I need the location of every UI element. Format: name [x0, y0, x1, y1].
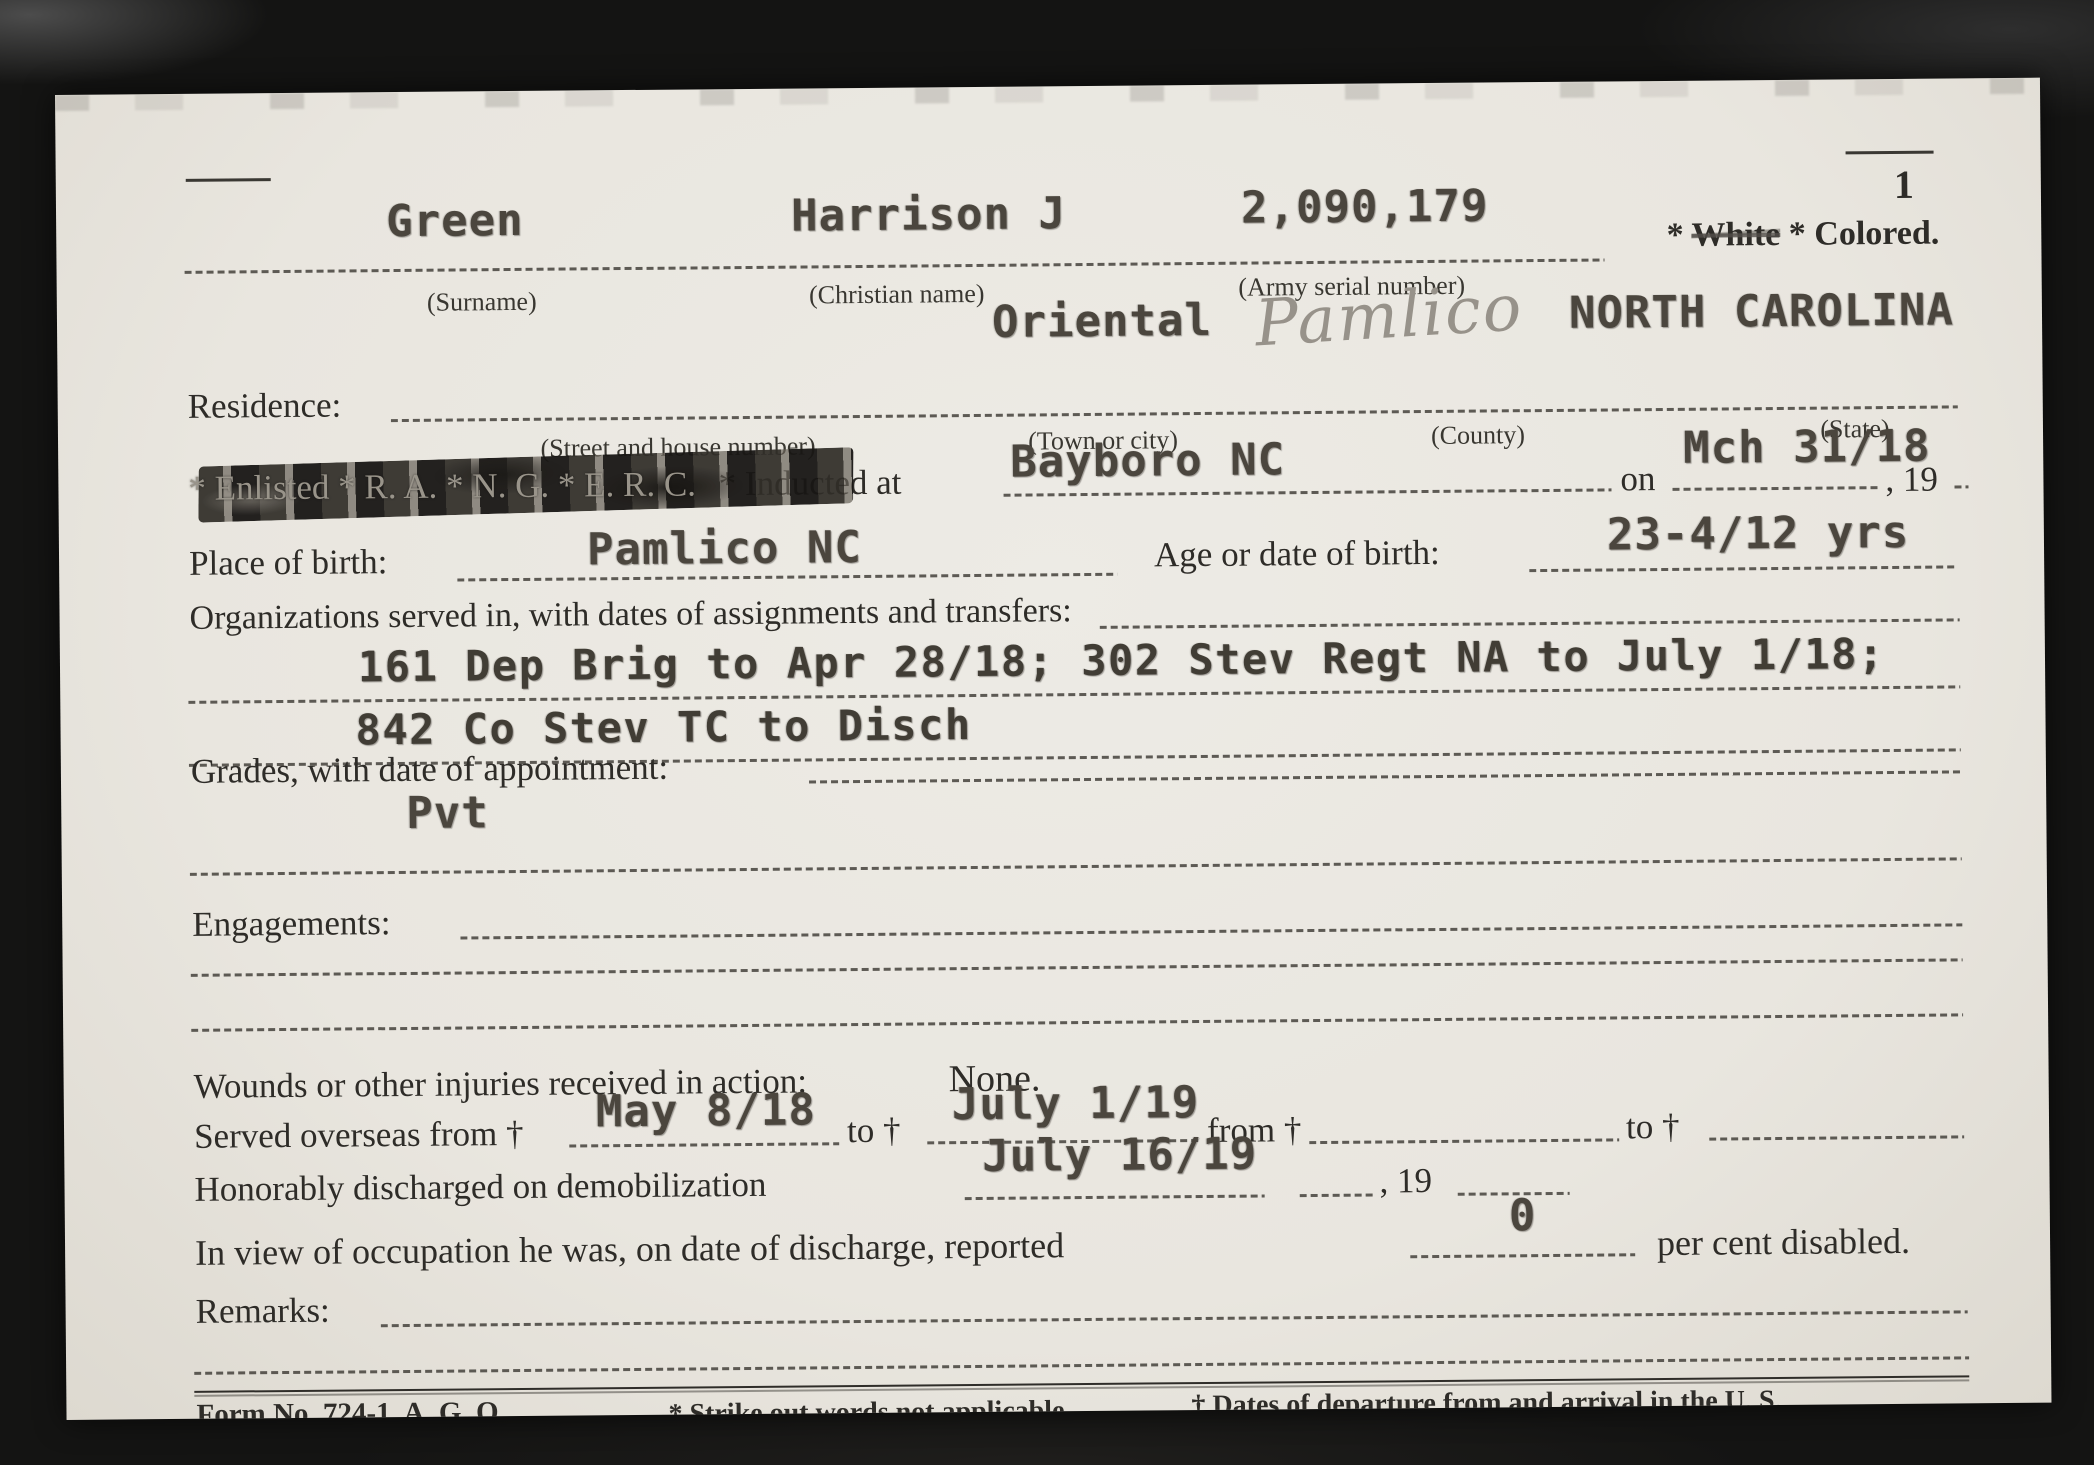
- surname-value: Green: [386, 195, 524, 247]
- dotted-line-induction-date: [1672, 486, 1880, 492]
- dotted-line-age: [1529, 565, 1957, 573]
- grades-label: Grades, with date of appointment:: [191, 748, 669, 792]
- dagger-note: † Dates of departure from and arrival in…: [1191, 1385, 1781, 1420]
- race-star-2: *: [1789, 216, 1806, 253]
- dotted-line-engagements: [460, 923, 1962, 940]
- dotted-line-discharge-2: [1300, 1194, 1375, 1199]
- scan-artifact-strip: [55, 78, 2040, 111]
- dotted-line-induction-year: [1954, 485, 1968, 489]
- place-of-birth-value: Pamlico NC: [587, 522, 862, 575]
- discharge-label: Honorably discharged on demobilization: [194, 1165, 766, 1210]
- disability-percent-value: 0: [1509, 1190, 1537, 1241]
- race-designation-line: * White * Colored.: [1601, 215, 1939, 256]
- christian-name-value: Harrison J: [791, 188, 1066, 241]
- surname-caption: (Surname): [357, 286, 607, 318]
- race-white-struck: White: [1691, 216, 1780, 254]
- overseas-from-date: May 8/18: [596, 1084, 816, 1137]
- page-number: 1: [1894, 161, 1914, 208]
- residence-state-value: NORTH CAROLINA: [1569, 284, 1954, 338]
- dotted-line-disability: [1410, 1253, 1635, 1259]
- organizations-label: Organizations served in, with dates of a…: [189, 592, 1072, 638]
- induction-date-value: Mch 31/18: [1683, 421, 1931, 474]
- residence-town-value: Oriental: [992, 295, 1212, 348]
- dotted-line-overseas-4: [1709, 1135, 1964, 1141]
- form-number: Form No. 724-1, A. G. O.: [196, 1396, 506, 1420]
- organizations-entry-2: 842 Co Stev TC to Disch: [355, 700, 971, 754]
- organizations-entry-1: 161 Dep Brig to Apr 28/18; 302 Stev Regt…: [358, 629, 1885, 691]
- dotted-line-full-3: [190, 857, 1962, 876]
- christian-name-caption: (Christian name): [772, 279, 1022, 311]
- service-record-card: 1 Green Harrison J 2,090,179 * White * C…: [55, 78, 2051, 1420]
- race-star-1: *: [1666, 217, 1683, 254]
- dotted-line-discharge-1: [965, 1194, 1265, 1201]
- discharge-date-value: July 16/19: [982, 1129, 1257, 1182]
- strike-out-note: * Strike out words not applicable.: [668, 1395, 1071, 1420]
- percent-disabled-label: per cent disabled.: [1657, 1220, 1910, 1264]
- dotted-line-full-5: [191, 1013, 1963, 1032]
- induction-place-value: Bayboro NC: [1010, 434, 1285, 487]
- dotted-line-full-4: [191, 958, 1963, 977]
- overseas-to-label-1: to †: [847, 1111, 901, 1151]
- residence-county-handwritten: Pamlico: [1253, 271, 1525, 361]
- on-label: on: [1620, 459, 1655, 499]
- overseas-to-date: July 1/19: [952, 1077, 1200, 1130]
- residence-label: Residence:: [188, 386, 342, 427]
- place-of-birth-label: Place of birth:: [189, 542, 388, 584]
- dotted-line-induction-place: [1004, 488, 1612, 497]
- right-short-rule: [1846, 151, 1934, 155]
- engagements-label: Engagements:: [192, 903, 391, 945]
- dotted-line-organizations: [1100, 618, 1960, 630]
- enlistment-options-struck: * Enlisted * R. A. * N. G. * E. R. C.: [188, 464, 696, 507]
- dotted-line-grades: [809, 770, 1961, 784]
- army-serial-number-value: 2,090,179: [1241, 180, 1489, 233]
- age-value: 23-4/12 yrs: [1607, 507, 1910, 561]
- dotted-line-remarks: [381, 1310, 1968, 1328]
- dotted-line-birth: [457, 573, 1117, 583]
- dotted-line-residence: [391, 405, 1958, 423]
- grade-value: Pvt: [406, 787, 489, 839]
- scanned-photo-background: { "page": { "number": "1" }, "header": {…: [0, 0, 2094, 1465]
- overseas-to-label-2: to †: [1626, 1107, 1680, 1147]
- discharge-year-prefix: , 19: [1379, 1161, 1432, 1201]
- age-label: Age or date of birth:: [1154, 533, 1440, 575]
- county-caption: (County): [1353, 420, 1603, 452]
- dotted-line-overseas-3: [1309, 1138, 1619, 1145]
- dotted-line-overseas-1: [569, 1142, 839, 1148]
- enlistment-type-row: * Enlisted * R. A. * N. G. * E. R. C. * …: [188, 463, 901, 509]
- left-short-rule: [186, 178, 271, 182]
- remarks-label: Remarks:: [195, 1291, 329, 1332]
- race-colored: Colored.: [1814, 215, 1939, 253]
- served-overseas-label: Served overseas from †: [194, 1114, 524, 1157]
- dotted-line-full-6: [194, 1356, 1969, 1375]
- disability-label: In view of occupation he was, on date of…: [195, 1224, 1064, 1274]
